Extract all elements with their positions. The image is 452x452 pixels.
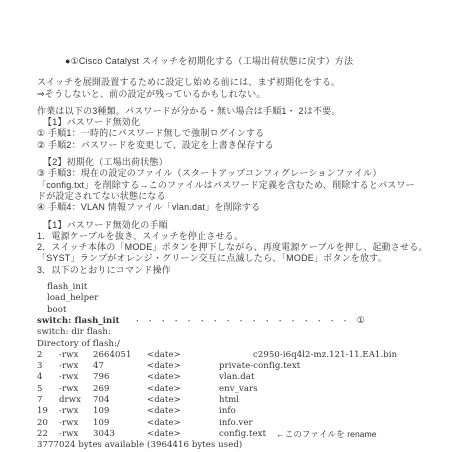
file-name: vlan.dat (219, 372, 255, 383)
file-perm: -rwx (59, 350, 93, 361)
command-flash-init: flash_init (37, 282, 429, 293)
command-load-helper: load_helper (37, 293, 429, 304)
document-page: ●①Cisco Catalyst スイッチを初期化する（工場出荷状態に戻す）方法… (0, 0, 452, 452)
page-title: ●①Cisco Catalyst スイッチを初期化する（工場出荷状態に戻す）方法 (65, 56, 429, 67)
file-perm: -rwx (59, 384, 93, 395)
file-name: config.text (219, 429, 266, 440)
listing-row: 7 drwx 704 <date> html (37, 395, 429, 406)
file-index: 4 (37, 372, 59, 383)
section2-item-4: ④ 手順4：VLAN 情報ファイル「vlan.dat」を削除する (37, 202, 429, 213)
command-block: flash_init load_helper boot (37, 282, 429, 316)
section1-heading: 【1】パスワード無効化 (37, 117, 429, 128)
init-section: 【2】初期化（工場出荷状態） ③ 手順3：現在の設定のファイル（スタートアップコ… (37, 157, 429, 213)
file-size: 796 (93, 372, 147, 383)
file-index: 2 (37, 350, 59, 361)
listing-row: 2 -rwx 2664051 <date> c2950-i6q4l2-mz.12… (37, 350, 429, 361)
intro-line-1: スイッチを展開設置するために設定し始める前には、まず初期化をする。 (37, 77, 429, 88)
command-boot: boot (37, 305, 429, 316)
procedure-step-1: 1．電源ケーブルを抜き、スイッチを停止させる。 (37, 231, 429, 242)
file-date: <date> (147, 361, 219, 372)
listing-row: 20 -rwx 109 <date> info.ver (37, 418, 429, 429)
file-name: private-config.text (219, 361, 300, 372)
listing-row: 3 -rwx 47 <date> private-config.text (37, 361, 429, 372)
file-index: 20 (37, 418, 59, 429)
flash-directory-listing: 2 -rwx 2664051 <date> c2950-i6q4l2-mz.12… (37, 350, 429, 452)
file-index: 22 (37, 429, 59, 440)
console-prompt-bold: switch: flash_init (37, 316, 120, 327)
file-size: 2664051 (93, 350, 147, 361)
section2-item-3: ドが設定されてない状態になる (37, 191, 429, 202)
file-size: 47 (93, 361, 147, 372)
file-date: <date> (147, 429, 219, 440)
file-name: c2950-i6q4l2-mz.121-11.EA1.bin (219, 350, 397, 361)
listing-row: 4 -rwx 796 <date> vlan.dat (37, 372, 429, 383)
file-date: <date> (147, 406, 219, 417)
file-index: 5 (37, 384, 59, 395)
file-perm: drwx (59, 395, 93, 406)
file-index: 7 (37, 395, 59, 406)
file-perm: -rwx (59, 372, 93, 383)
listing-footer: 3777024 bytes available (3964416 bytes u… (37, 440, 429, 451)
file-perm: -rwx (59, 418, 93, 429)
file-size: 109 (93, 418, 147, 429)
section1-item-2: ② 手順2：パスワードを変更して、設定を上書き保存する (37, 140, 429, 151)
procedure-heading: 【1】パスワード無効化の手順 (37, 220, 429, 231)
overview-paragraph: 作業は以下の3種類。パスワードが分かる・無い場合は手順1・ 2は不要。 【1】パ… (37, 106, 429, 151)
section2-item-1: ③ 手順3：現在の設定のファイル（スタートアップコンフィグレーションファイル） (37, 168, 429, 179)
section1-item-1: ① 手順1：一時的にパスワード無しで強制ログインする (37, 128, 429, 139)
bytes-summary: 3777024 bytes available (3964416 bytes u… (37, 440, 242, 451)
section2-heading: 【2】初期化（工場出荷状態） (37, 157, 429, 168)
file-name: html (219, 395, 239, 406)
circled-one-marker: ① (357, 316, 365, 327)
file-perm: -rwx (59, 361, 93, 372)
file-date: <date> (147, 372, 219, 383)
file-size: 109 (93, 406, 147, 417)
dotted-leader: ・・・・・・・・・・・・・・・・・ (134, 316, 355, 327)
file-index: 19 (37, 406, 59, 417)
overview-lead: 作業は以下の3種類。パスワードが分かる・無い場合は手順1・ 2は不要。 (37, 106, 429, 117)
file-date: <date> (147, 350, 219, 361)
listing-row: 19 -rwx 109 <date> info (37, 406, 429, 417)
procedure-section: 【1】パスワード無効化の手順 1．電源ケーブルを抜き、スイッチを停止させる。 2… (37, 220, 429, 276)
file-name: info (219, 406, 236, 417)
listing-row: 22 -rwx 3043 <date> config.text ←このファイルを… (37, 429, 429, 440)
file-perm: -rwx (59, 429, 93, 440)
procedure-step-3: 3．以下のとおりにコマンド操作 (37, 265, 429, 276)
file-size: 269 (93, 384, 147, 395)
procedure-step-2: 2．スイッチ本体の「MODE」ボタンを押下しながら、再度電源ケーブルを押し、起動… (37, 242, 429, 253)
file-name: info.ver (219, 418, 253, 429)
document-body: ●①Cisco Catalyst スイッチを初期化する（工場出荷状態に戻す）方法… (37, 56, 429, 452)
procedure-step-2b: 「SYST」ランプがオレンジ・グリーン交互に点滅したら、「MODE」ボタンを放す… (37, 253, 429, 264)
rename-annotation: ←このファイルを rename (276, 429, 377, 440)
section2-item-2: 「config.txt」を削除する→このファイルはパスワード定義を含むため、削除… (37, 180, 429, 191)
console-highlight-line: switch: flash_init ・・・・・・・・・・・・・・・・・ ① (37, 316, 429, 327)
file-perm: -rwx (59, 406, 93, 417)
file-date: <date> (147, 418, 219, 429)
listing-row: 5 -rwx 269 <date> env_vars (37, 384, 429, 395)
file-date: <date> (147, 384, 219, 395)
file-name: env_vars (219, 384, 258, 395)
file-size: 3043 (93, 429, 147, 440)
file-size: 704 (93, 395, 147, 406)
directory-header: Directory of flash:/ (37, 339, 429, 350)
intro-line-2: ⇒そうしないと、前の設定が残っているかもしれない。 (37, 89, 429, 100)
intro-paragraph: スイッチを展開設置するために設定し始める前には、まず初期化をする。 ⇒そうしない… (37, 77, 429, 100)
file-date: <date> (147, 395, 219, 406)
console-prompt-2: switch: dir flash: (37, 327, 429, 338)
file-index: 3 (37, 361, 59, 372)
